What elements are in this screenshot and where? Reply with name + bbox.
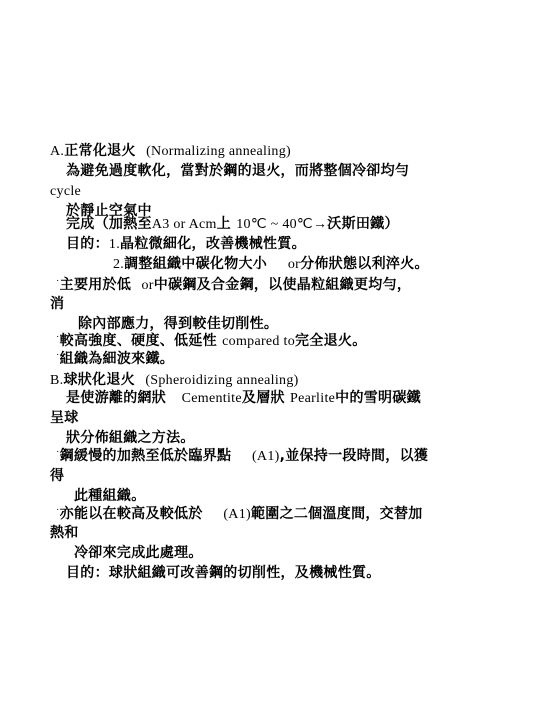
text: or [142,278,154,293]
section-a-purpose2: 2.調整組織中碳化物大小 or分佈狀態以利淬火。 [113,255,429,274]
text: 上 [217,216,231,232]
section-a-bullet1: ˙主要用於低 or中碳鋼及合金鋼，以使晶粒組織更均勻， [56,276,411,295]
text: A3 or Acm [152,217,217,232]
text: 完成（加熱至 [66,216,152,232]
heading-prefix: B. [50,373,63,388]
text: Cementite [182,391,242,406]
text: 及層狀 [242,390,285,406]
text: 調整組織中碳化物大小 [124,256,267,272]
section-a-bullet2: ˙較高強度、硬度、低延性 compared to完全退火。 [56,332,367,351]
document-page: A.正常化退火 (Normalizing annealing) 為避免過度軟化，… [0,0,540,720]
text: 完全退火。 [295,333,367,349]
text: Pearlite [290,391,335,406]
text: ,並保持一段時間，以獲 [280,448,429,464]
section-a-line1-wrap: cycle [50,182,81,201]
heading-prefix: A. [50,144,64,159]
text: compared to [222,334,295,349]
heading-cn: 球狀化退火 [63,372,135,388]
text: 鋼緩慢的加熱至低於臨界點 [60,448,232,464]
num: 2. [113,257,124,272]
section-a-bullet1-cont: 除內部應力，得到較佳切削性。 [78,315,278,333]
section-a-heading: A.正常化退火 (Normalizing annealing) [50,142,291,161]
section-b-bullet2-wrap: 熱和 [50,524,79,542]
section-b-bullet2-cont: 冷卻來完成此處理。 [74,544,203,562]
wrap-text: cycle [50,184,81,199]
section-a-purpose1: 目的：1.晶粒微細化，改善機械性質。 [66,235,306,254]
heading-en: (Spheroidizing annealing) [145,373,298,388]
text: 沃斯田鐵） [327,216,399,232]
text: 組織為細波來鐵。 [60,351,174,367]
text: 分佈狀態以利淬火。 [300,256,429,272]
text: or [288,257,300,272]
text: 中的雪明碳鐵 [335,390,421,406]
section-b-line1: 是使游離的網狀 Cementite及層狀 Pearlite中的雪明碳鐵 [66,389,421,408]
section-b-bullet1-cont: 此種組織。 [74,487,146,505]
section-b-bullet2: ˙亦能以在較高及較低於 (A1)範圍之二個溫度間，交替加 [56,505,423,524]
text: 中碳鋼及合金鋼，以使晶粒組織更均勻， [154,277,411,293]
section-b-purpose: 目的：球狀組織可改善鋼的切削性，及機械性質。 [66,564,381,582]
text: 亦能以在較高及較低於 [60,506,203,522]
text: 晶粒微細化，改善機械性質。 [120,236,306,252]
section-a-bullet3: ˙組織為細波來鐵。 [56,350,174,368]
text: 10℃ ~ 40℃→ [236,217,327,232]
section-b-line2: 狀分佈組織之方法。 [66,429,195,447]
text: (A1) [223,507,251,522]
heading-en: (Normalizing annealing) [146,144,291,159]
text: 是使游離的網狀 [66,390,166,406]
section-a-line1: 為避免過度軟化，當對於鋼的退火，而將整個冷卻均勻 [66,162,409,180]
text: 範圍之二個溫度間，交替加 [251,506,423,522]
purpose-label: 目的： [66,236,109,252]
section-b-heading: B.球狀化退火 (Spheroidizing annealing) [50,371,299,390]
text: 較高強度、硬度、低延性 [60,333,217,349]
text: 主要用於低 [60,277,132,293]
section-a-line3: 完成（加熱至A3 or Acm上 10℃ ~ 40℃→沃斯田鐵） [66,215,399,234]
section-a-bullet1-wrap: 消 [50,295,64,313]
text: (A1) [252,449,280,464]
section-b-line1-wrap: 呈球 [50,409,79,427]
section-b-bullet1-wrap: 得 [50,467,64,485]
heading-cn: 正常化退火 [64,143,136,159]
num: 1. [109,237,120,252]
section-b-bullet1: ˙鋼緩慢的加熱至低於臨界點 (A1),並保持一段時間，以獲 [56,447,428,466]
